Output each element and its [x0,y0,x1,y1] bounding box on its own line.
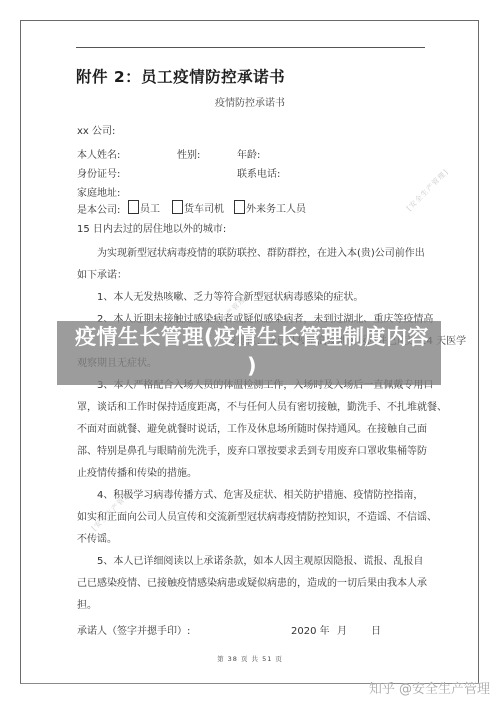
role-option-label: 外来务工人员 [246,204,306,215]
field-gender-label: 性别: [177,146,200,161]
date-day: 日 [371,622,381,637]
item-5-line: 担。 [77,595,437,617]
signature-label: 承诺人（签字并摁手印）: [77,622,190,637]
item-3-line: 止疫情传播和传染的措施。 [77,463,437,485]
overlay-title: 疫情生长管理(疫情生长管理制度内容 ) [62,323,442,381]
date-month: 月 [337,622,347,637]
item-5-line: 5、本人已详细阅读以上承诺条款，如本人因主观原因隐报、谎报、乱报自 [77,551,437,573]
role-option-label: 货车司机 [184,204,224,215]
item-1-line: 1、本人无发热咳嗽、乏力等符合新型冠状病毒感染的症状。 [77,287,437,309]
addressee: xx 公司: [77,122,115,137]
item-5-line: 己已感染疫情、已接触疫情感染病患或疑似病患的，造成的一切后果由我本人承 [77,573,437,595]
date-year: 2020 年 [291,622,330,637]
item-3-line: 不面对面就餐、避免就餐时说话，工作及休息场所随时保持通风。在接触自己面 [77,419,437,441]
role-option-migrant-worker[interactable]: 外来务工人员 [234,200,306,215]
checkbox-employee[interactable] [128,200,139,214]
role-option-truck-driver[interactable]: 货车司机 [172,200,224,215]
site-watermark: 知乎 @安全生产管理 [369,678,490,697]
document-subtitle: 疫情防控承诺书 [0,94,500,109]
field-id-label: 身份证号: [77,165,120,180]
checkbox-migrant-worker[interactable] [234,200,245,214]
item-3-line: 部、特别是鼻孔与眼睛前先洗手，废弃口罩按要求丢到专用废弃口罩收集桶等防 [77,441,437,463]
checkbox-truck-driver[interactable] [172,200,183,214]
document-heading: 附件 2：员工疫情防控承诺书 [76,65,285,87]
field-address-label: 家庭地址: [77,184,120,199]
role-option-label: 员工 [140,204,160,215]
field-cities-label: 15 日内去过的居住地以外的城市: [77,220,226,235]
intro-line: 为实现新型冠状病毒疫情的联防联控、群防群控，在进入本(贵)公司前作出 [77,243,437,265]
field-age-label: 年龄: [237,146,260,161]
role-option-employee[interactable]: 员工 [128,200,160,215]
field-name-label: 本人姓名: [77,146,120,161]
item-3-line: 罩，谈话和工作时保持适度距离，不与任何人员有密切接触，勤洗手、不扎堆就餐、 [77,397,437,419]
field-phone-label: 联系电话: [237,165,280,180]
page-number: 第 38 页 共 51 页 [0,654,500,663]
field-role-label: 是本公司: [77,201,120,216]
header-rule [76,47,425,48]
item-4-line: 不传谣。 [77,529,437,551]
item-4-line: 如实和正面向公司人员宣传和交流新型冠状病毒疫情防控知识，不造谣、不信谣、 [77,507,437,529]
intro-line: 如下承诺： [77,265,437,287]
commitment-body: 为实现新型冠状病毒疫情的联防联控、群防群控，在进入本(贵)公司前作出 如下承诺：… [77,243,437,617]
